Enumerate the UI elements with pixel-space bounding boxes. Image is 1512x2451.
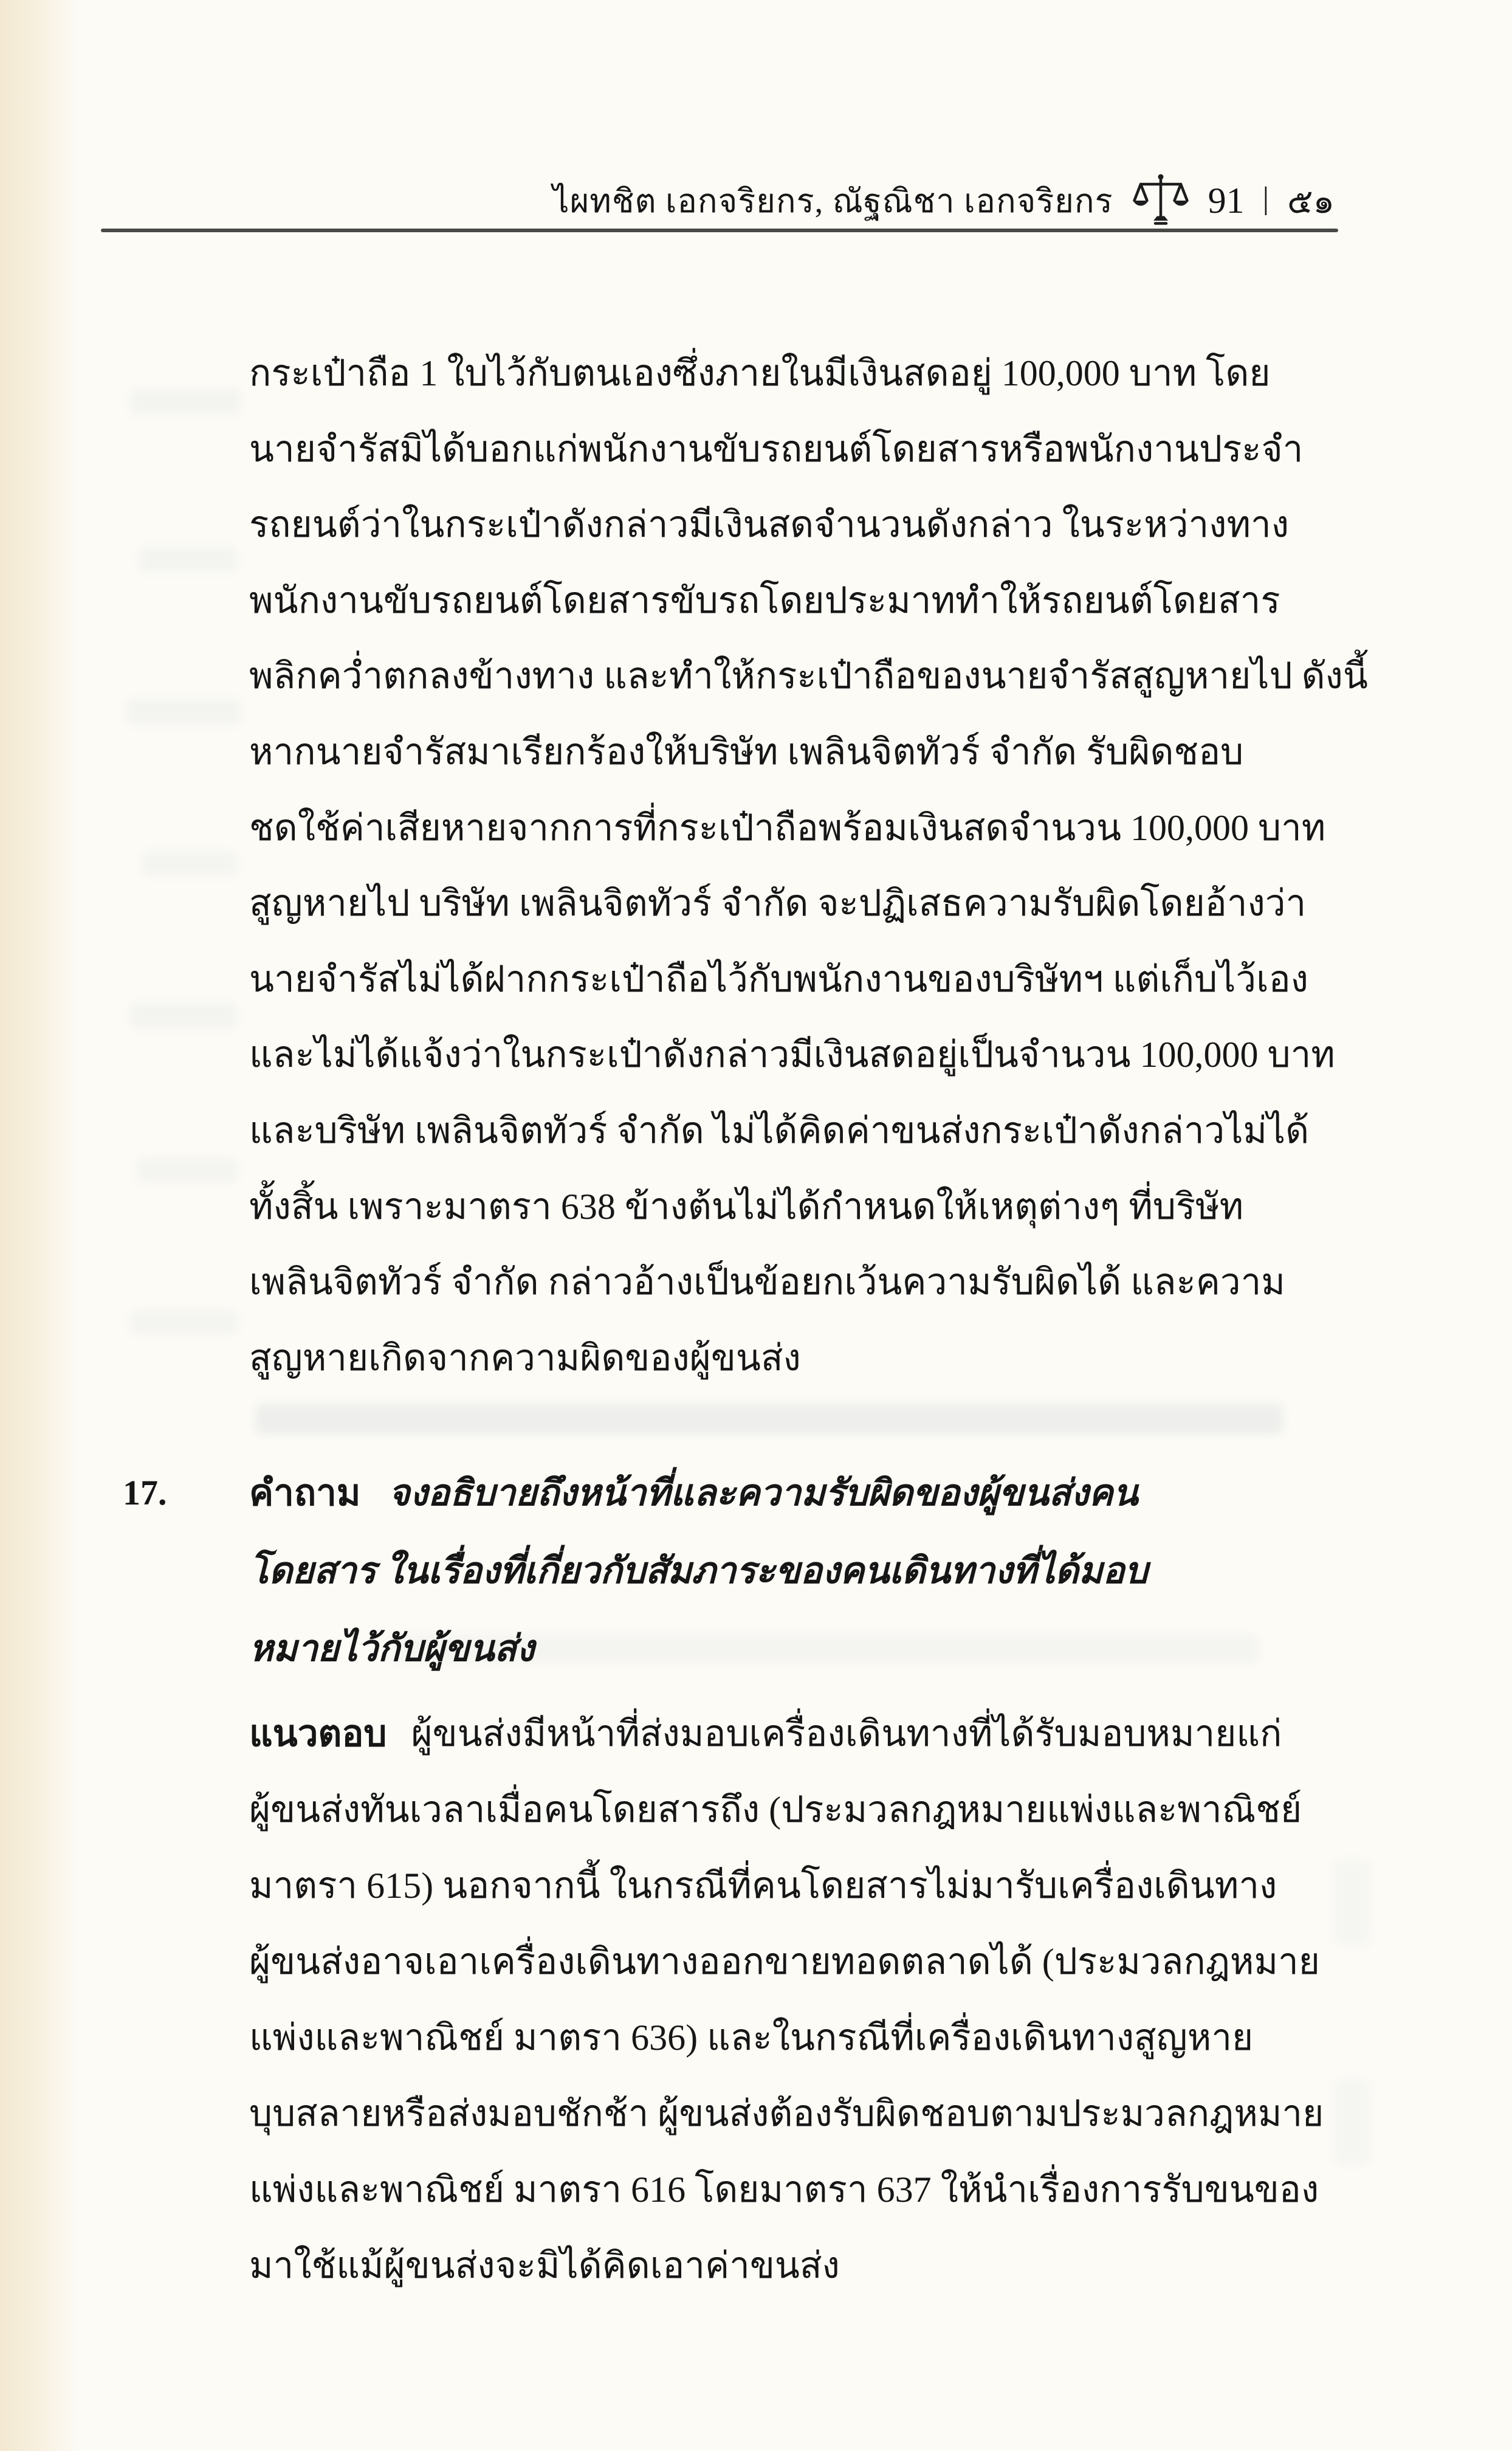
- text-line: พลิกคว่ำตกลงข้างทาง และทำให้กระเป๋าถือขอ…: [249, 638, 1332, 714]
- answer-wrap-lines: ผู้ขนส่งทันเวลาเมื่อคนโดยสารถึง (ประมวลก…: [249, 1772, 1332, 2304]
- page-header: ไผทชิต เอกจริยกร, ณัฐณิชา เอกจริยกร 91: [552, 171, 1335, 230]
- text-line: ผู้ขนส่งอาจเอาเครื่องเดินทางออกขายทอดตลา…: [249, 1924, 1332, 2000]
- question-wrap-lines: โดยสาร ในเรื่องที่เกี่ยวกับสัมภาระของคนเ…: [249, 1532, 1332, 1687]
- text-line: ผู้ขนส่งทันเวลาเมื่อคนโดยสารถึง (ประมวลก…: [249, 1772, 1332, 1848]
- text-line: ทั้งสิ้น เพราะมาตรา 638 ข้างต้นไม่ได้กำห…: [249, 1169, 1332, 1245]
- running-head-authors: ไผทชิต เอกจริยกร, ณัฐณิชา เอกจริยกร: [552, 174, 1113, 227]
- text-line: และบริษัท เพลินจิตทัวร์ จำกัด ไม่ได้คิดค…: [249, 1093, 1332, 1169]
- text-line: หากนายจำรัสมาเรียกร้องให้บริษัท เพลินจิต…: [249, 714, 1332, 790]
- text-line: รถยนต์ว่าในกระเป๋าดังกล่าวมีเงินสดจำนวนด…: [249, 487, 1332, 563]
- text-line: นายจำรัสมิได้บอกแก่พนักงานขับรถยนต์โดยสา…: [249, 412, 1332, 488]
- page-number-divider: |: [1263, 181, 1269, 216]
- bleed-through-text: [131, 1310, 237, 1334]
- bleed-through-text: [131, 1003, 237, 1029]
- scales-of-justice-icon: [1132, 171, 1190, 230]
- book-page: ไผทชิต เอกจริยกร, ณัฐณิชา เอกจริยกร 91: [0, 0, 1512, 2451]
- answer-first-line-text: ผู้ขนส่งมีหน้าที่ส่งมอบเครื่องเดินทางที่…: [411, 1714, 1282, 1754]
- text-line: สูญหายไป บริษัท เพลินจิตทัวร์ จำกัด จะปฏ…: [249, 866, 1332, 942]
- text-line: หมายไว้กับผู้ขนส่ง: [249, 1610, 1332, 1687]
- page-left-edge-shading: [0, 0, 79, 2451]
- text-line: สูญหายเกิดจากความผิดของผู้ขนส่ง: [249, 1320, 1332, 1396]
- page-number-arabic: 91: [1208, 180, 1245, 222]
- bleed-through-text: [1334, 1860, 1370, 1945]
- text-line: กระเป๋าถือ 1 ใบไว้กับตนเองซึ่งภายในมีเงิ…: [249, 336, 1332, 412]
- bleed-through-text: [255, 1403, 1283, 1435]
- bleed-through-text: [143, 851, 237, 875]
- question-first-line: คำถามจงอธิบายถึงหน้าที่และความรับผิดของผ…: [249, 1454, 1332, 1532]
- answer-17-block: แนวตอบผู้ขนส่งมีหน้าที่ส่งมอบเครื่องเดิน…: [249, 1696, 1332, 2304]
- question-first-line-text: จงอธิบายถึงหน้าที่และความรับผิดของผู้ขนส…: [388, 1473, 1138, 1513]
- text-line: นายจำรัสไม่ได้ฝากกระเป๋าถือไว้กับพนักงาน…: [249, 942, 1332, 1018]
- page-number-thai: ๕๑: [1287, 174, 1335, 228]
- text-line: พนักงานขับรถยนต์โดยสารขับรถโดยประมาททำให…: [249, 563, 1332, 639]
- question-label: คำถาม: [249, 1473, 360, 1513]
- bleed-through-text: [131, 389, 240, 415]
- text-line: เพลินจิตทัวร์ จำกัด กล่าวอ้างเป็นข้อยกเว…: [249, 1244, 1332, 1320]
- text-line: บุบสลายหรือส่งมอบชักช้า ผู้ขนส่งต้องรับผ…: [249, 2076, 1332, 2152]
- bleed-through-text: [140, 547, 237, 571]
- continued-answer-paragraph: กระเป๋าถือ 1 ใบไว้กับตนเองซึ่งภายในมีเงิ…: [249, 336, 1332, 1396]
- answer-first-line: แนวตอบผู้ขนส่งมีหน้าที่ส่งมอบเครื่องเดิน…: [249, 1696, 1332, 1772]
- text-line: ชดใช้ค่าเสียหายจากการที่กระเป๋าถือพร้อมเ…: [249, 790, 1332, 866]
- bleed-through-text: [1334, 2079, 1370, 2164]
- text-line: และไม่ได้แจ้งว่าในกระเป๋าดังกล่าวมีเงินส…: [249, 1017, 1332, 1093]
- header-rule: [101, 229, 1338, 232]
- text-line: แพ่งและพาณิชย์ มาตรา 616 โดยมาตรา 637 ให…: [249, 2152, 1332, 2228]
- bleed-through-text: [137, 1158, 237, 1182]
- bleed-through-text: [128, 699, 240, 725]
- text-line: แพ่งและพาณิชย์ มาตรา 636) และในกรณีที่เค…: [249, 2000, 1332, 2076]
- question-number: 17.: [123, 1454, 167, 1532]
- text-line: มาตรา 615) นอกจากนี้ ในกรณีที่คนโดยสารไม…: [249, 1848, 1332, 1924]
- answer-label: แนวตอบ: [249, 1714, 387, 1754]
- text-line: มาใช้แม้ผู้ขนส่งจะมิได้คิดเอาค่าขนส่ง: [249, 2228, 1332, 2304]
- text-line: โดยสาร ในเรื่องที่เกี่ยวกับสัมภาระของคนเ…: [249, 1532, 1332, 1610]
- question-17-block: คำถามจงอธิบายถึงหน้าที่และความรับผิดของผ…: [249, 1454, 1332, 1687]
